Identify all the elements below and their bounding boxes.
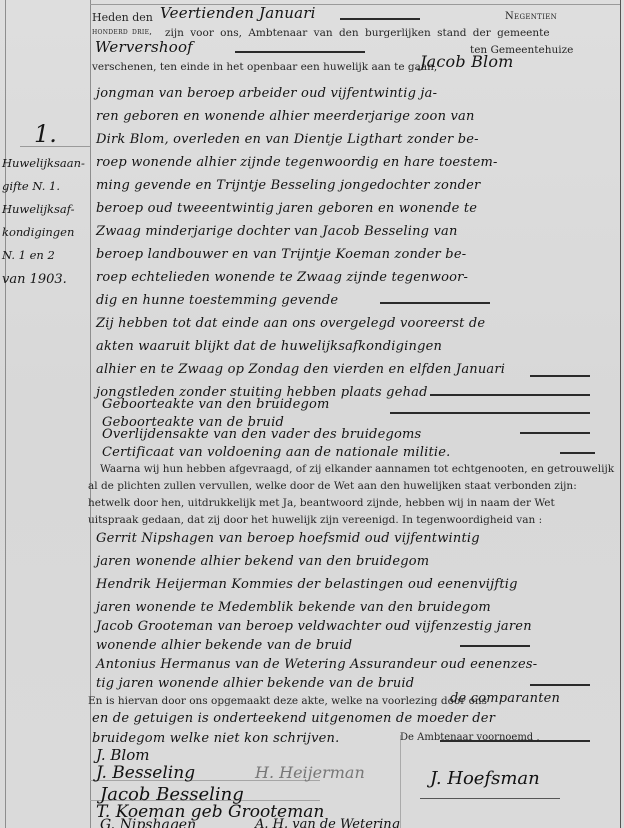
margin-note-line: van 1903. bbox=[2, 273, 67, 286]
signature-official: J. Hoefsman bbox=[430, 770, 540, 788]
body-line: roep echtelieden wonende te Zwaag zijnde… bbox=[96, 271, 468, 284]
fill-dash bbox=[430, 394, 590, 396]
fill-dash bbox=[520, 432, 590, 434]
witness-line: jaren wonende alhier bekend van den brui… bbox=[96, 555, 429, 568]
signature-witness: G. Nipshagen bbox=[100, 818, 196, 828]
margin-note-line: kondigingen bbox=[2, 227, 74, 239]
body-line: Zij hebben tot dat einde aan ons overgel… bbox=[96, 317, 485, 330]
closing-handwritten: en de getuigen is onderteekend uitgenome… bbox=[92, 712, 495, 725]
fill-dash bbox=[460, 645, 530, 647]
fill-dash bbox=[340, 18, 420, 20]
fill-dash bbox=[380, 302, 490, 304]
closing-handwritten: bruidegom welke niet kon schrijven. bbox=[92, 732, 339, 745]
document-list-item: Certificaat van voldoening aan de nation… bbox=[102, 446, 450, 459]
printed-paragraph-line: uitspraak gedaan, dat zij door het huwel… bbox=[88, 515, 542, 526]
printed-line4: verschenen, ten einde in het openbaar ee… bbox=[92, 62, 437, 73]
body-line: dig en hunne toestemming gevende bbox=[96, 294, 338, 307]
left-page-border bbox=[5, 0, 6, 828]
witness-line: jaren wonende te Medemblik bekende van d… bbox=[96, 601, 491, 614]
printed-paragraph-line: Waarna wij hun hebben afgevraagd, of zij… bbox=[100, 464, 614, 475]
witness-line: Jacob Grooteman van beroep veldwachter o… bbox=[96, 620, 532, 633]
printed-heden: Heden den bbox=[92, 12, 153, 23]
witness-line: Antonius Hermanus van de Wetering Assura… bbox=[96, 658, 537, 671]
witness-line: tig jaren wonende alhier bekende van de … bbox=[96, 677, 414, 690]
signature-groom: J. Blom bbox=[96, 748, 149, 763]
printed-honderd: honderd bbox=[92, 28, 128, 37]
printed-paragraph-line: al de plichten zullen vervullen, welke d… bbox=[88, 481, 577, 492]
municipality-field: Wervershoof bbox=[95, 40, 193, 55]
marriage-certificate-page: 1. Huwelijksaan- gifte N. 1. Huwelijksaf… bbox=[0, 0, 624, 828]
fill-dash bbox=[530, 375, 590, 377]
fill-dash bbox=[560, 452, 595, 454]
witness-line: wonende alhier bekende van de bruid bbox=[96, 639, 352, 652]
fill-dash bbox=[235, 51, 365, 53]
margin-note-line: Huwelijksaf- bbox=[2, 204, 74, 216]
printed-drie: drie, bbox=[132, 28, 152, 37]
fill-dash bbox=[390, 412, 590, 414]
margin-note-line: N. 1 en 2 bbox=[2, 250, 55, 262]
document-list-item: Geboorteakte van den bruidegom bbox=[102, 398, 330, 411]
act-number: 1. bbox=[34, 122, 57, 146]
fill-dash bbox=[530, 684, 590, 686]
body-line: akten waaruit blijkt dat de huwelijksafk… bbox=[96, 340, 442, 353]
witness-line: Hendrik Heijerman Kommies der belastinge… bbox=[96, 578, 518, 591]
groom-name-field: Jacob Blom bbox=[420, 54, 514, 70]
margin-note-line: Huwelijksaan- bbox=[2, 158, 85, 170]
body-line: ming gevende en Trijntje Besseling jonge… bbox=[96, 179, 480, 192]
signature-witness: A. H. van de Wetering bbox=[255, 818, 400, 828]
date-day-field: Veertienden Januari bbox=[160, 6, 316, 21]
printed-negentien: Negentien bbox=[505, 12, 557, 22]
document-list-item: Overlijdensakte van den vader des bruide… bbox=[102, 428, 421, 441]
official-flourish bbox=[420, 798, 560, 799]
body-line: Zwaag minderjarige dochter van Jacob Bes… bbox=[96, 225, 458, 238]
body-line: roep wonende alhier zijnde tegenwoordig … bbox=[96, 156, 498, 169]
body-line: Dirk Blom, overleden en van Dientje Ligt… bbox=[96, 133, 479, 146]
body-line: alhier en te Zwaag op Zondag den vierden… bbox=[96, 363, 505, 376]
body-line: beroep landbouwer en van Trijntje Koeman… bbox=[96, 248, 466, 261]
signature-bride: J. Besseling bbox=[96, 765, 195, 782]
body-line: beroep oud tweeentwintig jaren geboren e… bbox=[96, 202, 477, 215]
closing-printed: En is hiervan door ons opgemaakt deze ak… bbox=[88, 696, 487, 707]
official-label: De Ambtenaar voornoemd , bbox=[400, 733, 540, 743]
margin-note-line: gifte N. 1. bbox=[2, 181, 60, 193]
witness-line: Gerrit Nipshagen van beroep hoefsmid oud… bbox=[96, 532, 480, 545]
body-line: jongman van beroep arbeider oud vijfentw… bbox=[96, 87, 437, 100]
body-line: ren geboren en wonende alhier meerderjar… bbox=[96, 110, 475, 123]
printed-paragraph-line: hetwelk door hen, uitdrukkelijk met Ja, … bbox=[88, 498, 555, 509]
signature-witness: H. Heijerman bbox=[255, 765, 365, 781]
signature-box-divider bbox=[400, 735, 401, 828]
closing-handwritten: de comparanten bbox=[450, 692, 560, 705]
printed-line2: zijn voor ons, Ambtenaar van den burgerl… bbox=[165, 28, 550, 39]
right-page-border bbox=[620, 0, 621, 828]
